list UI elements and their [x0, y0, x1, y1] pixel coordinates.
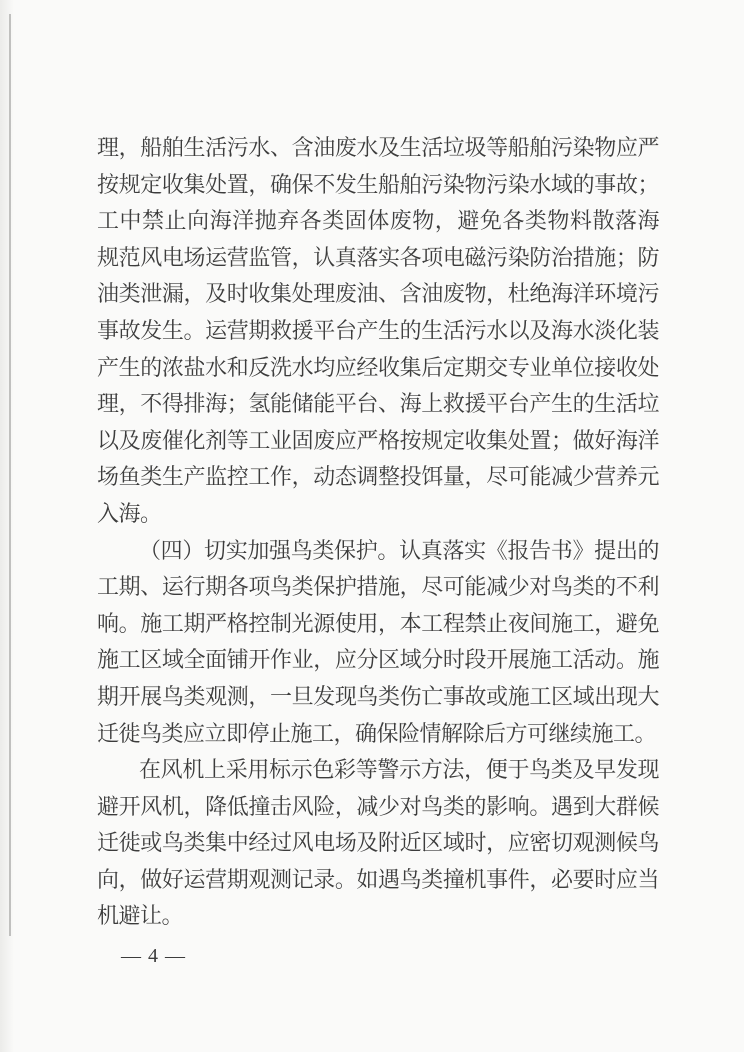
text-line: 按规定收集处置，确保不发生船舶污染物污染水域的事故；施	[97, 167, 659, 204]
text-line: 事故发生。运营期救援平台产生的生活污水以及海水淡化装置	[97, 313, 659, 350]
text-line: 以及废催化剂等工业固废应严格按规定收集处置；做好海洋牧	[97, 423, 659, 460]
text-line: 产生的浓盐水和反洗水均应经收集后定期交专业单位接收处	[97, 350, 659, 387]
text-line: 避开风机，降低撞击风险，减少对鸟类的影响。遇到大群候鸟	[97, 789, 659, 826]
text-line: 理，船舶生活污水、含油废水及生活垃圾等船舶污染物应严格	[97, 130, 659, 167]
scanned-document-page: 理，船舶生活污水、含油废水及生活垃圾等船舶污染物应严格 按规定收集处置，确保不发…	[0, 0, 744, 1052]
text-line: 规范风电场运营监管，认真落实各项电磁污染防治措施；防止	[97, 240, 659, 277]
page-number: — 4 —	[121, 941, 186, 971]
text-line: 场鱼类生产监控工作，动态调整投饵量，尽可能减少营养元素	[97, 459, 659, 496]
text-line: 工中禁止向海洋抛弃各类固体废物，避免各类物料散落海域。	[97, 203, 659, 240]
text-line: 入海。	[97, 496, 659, 533]
text-line: 向，做好运营期观测记录。如遇鸟类撞机事件，必要时应当停	[97, 862, 659, 899]
text-line: 迁徙或鸟类集中经过风电场及附近区域时，应密切观测候鸟动	[97, 825, 659, 862]
scan-edge-shade	[0, 0, 14, 1052]
text-line: 施工区域全面铺开作业，应分区域分时段开展施工活动。施工	[97, 642, 659, 679]
text-line: 期开展鸟类观测，一旦发现鸟类伤亡事故或施工区域出现大量	[97, 679, 659, 716]
text-line: 机避让。	[97, 898, 659, 935]
text-line: （四）切实加强鸟类保护。认真落实《报告书》提出的施	[97, 533, 659, 570]
text-line: 理，不得排海；氢能储能平台、海上救援平台产生的生活垃圾	[97, 386, 659, 423]
text-line: 迁徙鸟类应立即停止施工，确保险情解除后方可继续施工。	[97, 716, 659, 753]
text-line: 工期、运行期各项鸟类保护措施，尽可能减少对鸟类的不利影	[97, 569, 659, 606]
text-line: 在风机上采用标示色彩等警示方法，便于鸟类及早发现和	[97, 752, 659, 789]
scan-edge-line	[9, 14, 11, 936]
text-line: 油类泄漏，及时收集处理废油、含油废物，杜绝海洋环境污染	[97, 276, 659, 313]
text-line: 响。施工期严格控制光源使用，本工程禁止夜间施工，避免在	[97, 606, 659, 643]
body-text: 理，船舶生活污水、含油废水及生活垃圾等船舶污染物应严格 按规定收集处置，确保不发…	[97, 130, 659, 935]
